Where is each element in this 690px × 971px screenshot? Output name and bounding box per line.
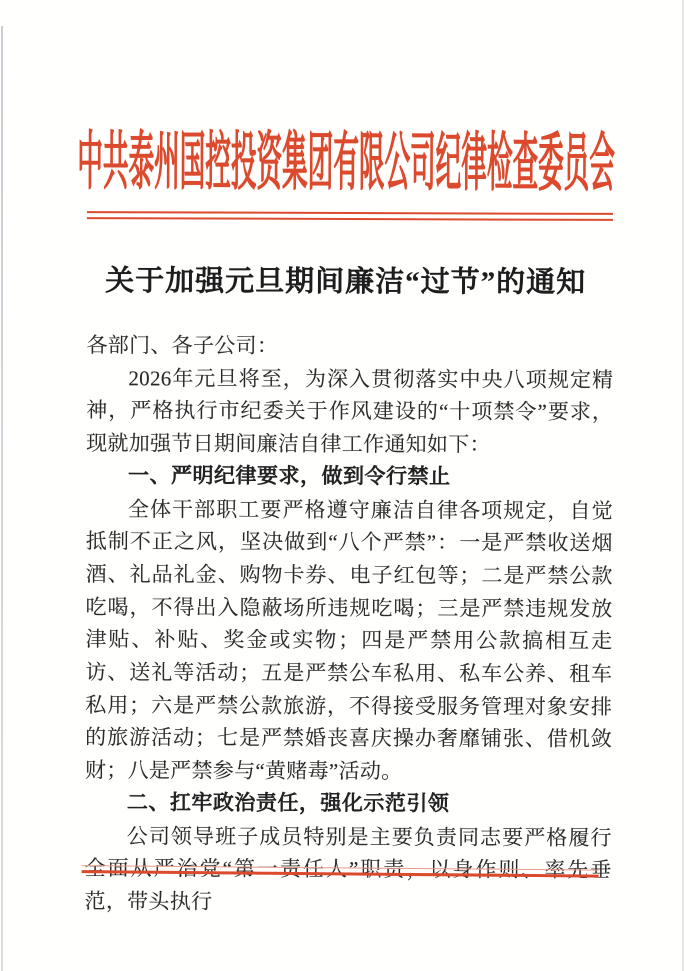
letterhead-double-rule: [87, 211, 613, 221]
paragraph-section-1: 全体干部职工要严格遵守廉洁自律各项规定，自觉抵制不正之风，坚决做到“八个严禁”：…: [85, 493, 613, 789]
scanned-document-page: 中共泰州国控投资集团有限公司纪律检查委员会 关于加强元旦期间廉洁“过节”的通知 …: [0, 0, 690, 971]
letterhead-committee-name: 中共泰州国控投资集团有限公司纪律检查委员会: [77, 127, 615, 199]
document-body: 各部门、各子公司： 2026年元旦将至，为深入贯彻落实中央八项规定精神，严格执行…: [84, 329, 613, 919]
salutation: 各部门、各子公司：: [86, 329, 613, 364]
section-heading-2: 二、扛牢政治责任，强化示范引领: [85, 787, 612, 822]
document-title: 关于加强元旦期间廉洁“过节”的通知: [1, 258, 690, 301]
document-content: 中共泰州国控投资集团有限公司纪律检查委员会 关于加强元旦期间廉洁“过节”的通知 …: [0, 0, 690, 971]
letterhead: 中共泰州国控投资集团有限公司纪律检查委员会: [0, 126, 690, 218]
paragraph-intro: 2026年元旦将至，为深入贯彻落实中央八项规定精神，严格执行市纪委关于作风建设的…: [86, 362, 613, 462]
section-heading-1: 一、严明纪律要求，做到令行禁止: [86, 460, 613, 495]
